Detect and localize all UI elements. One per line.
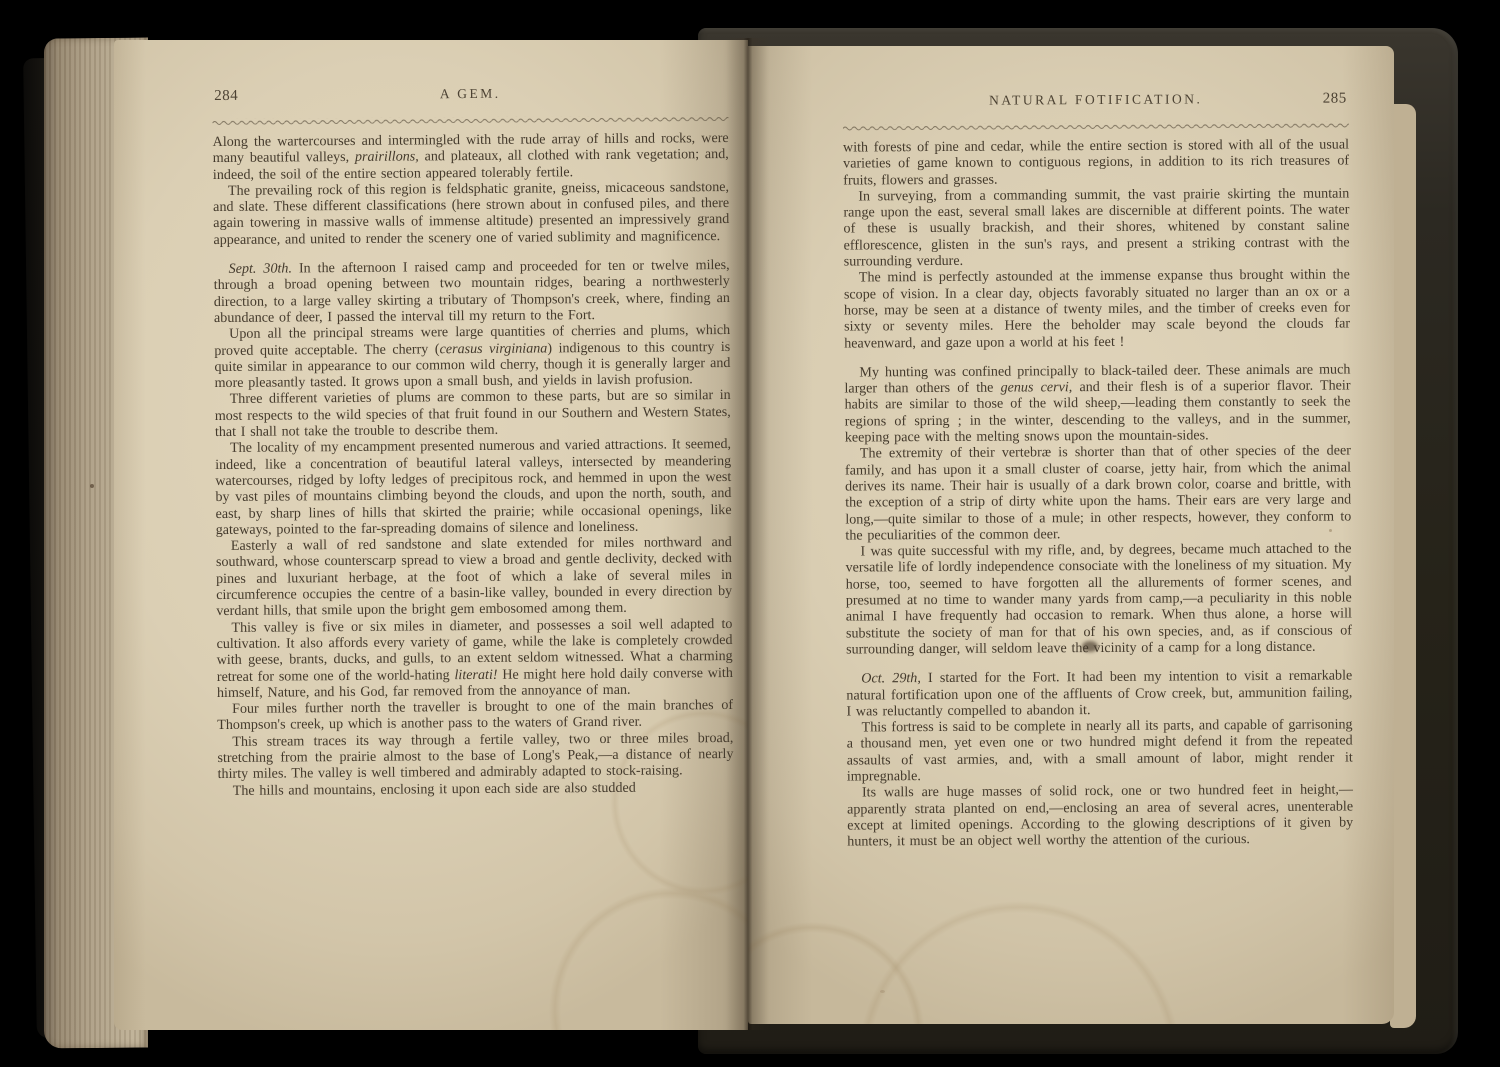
running-head: A GEM.: [212, 84, 728, 104]
page-text: Along the wartercourses and intermingled…: [213, 130, 734, 799]
right-page-header: NATURAL FOTIFICATION. 285: [843, 90, 1349, 115]
foxing-spot: [90, 484, 94, 488]
paragraph: The extremity of their vertebræ is short…: [845, 443, 1352, 544]
page-number: 285: [1323, 90, 1347, 107]
running-head: NATURAL FOTIFICATION.: [843, 90, 1349, 109]
paragraph: Its walls are huge masses of solid rock,…: [847, 782, 1353, 850]
paragraph: In surveying, from a commanding summit, …: [843, 185, 1349, 270]
paragraph: Four miles further north the traveller i…: [217, 697, 733, 734]
wavy-rule: [843, 121, 1349, 130]
paragraph: I was quite successful with my rifle, an…: [845, 541, 1352, 658]
left-page-header: 284 A GEM.: [212, 84, 728, 110]
left-page-content: 284 A GEM. Along the wartercourses and i…: [212, 84, 734, 799]
paragraph: Three different varieties of plums are c…: [215, 387, 731, 440]
paragraph: Easterly a wall of red sandstone and sla…: [216, 534, 733, 620]
paragraph: The mind is perfectly astounded at the i…: [844, 267, 1350, 352]
paragraph: The prevailing rock of this region is fe…: [213, 179, 729, 248]
paragraph: with forests of pine and cedar, while th…: [843, 136, 1349, 188]
foxing-spot: [880, 990, 885, 993]
paragraph: This stream traces its way through a fer…: [217, 730, 733, 783]
paragraph: Oct. 29th, I started for the Fort. It ha…: [846, 668, 1352, 720]
paragraph: The locality of my encampment presented …: [215, 436, 732, 538]
right-page-content: NATURAL FOTIFICATION. 285 with forests o…: [843, 90, 1354, 850]
paragraph: Along the wartercourses and intermingled…: [213, 130, 729, 183]
page-text: with forests of pine and cedar, while th…: [843, 136, 1353, 850]
wavy-rule: [212, 115, 728, 125]
paragraph: This valley is five or six miles in diam…: [216, 616, 733, 702]
paragraph: My hunting was confined principally to b…: [844, 361, 1350, 446]
paragraph: This fortress is said to be complete in …: [847, 717, 1353, 785]
paragraph: Sept. 30th. In the afternoon I raised ca…: [214, 257, 730, 326]
gutter-shadow: [726, 38, 770, 1030]
book-photograph: 284 A GEM. Along the wartercourses and i…: [0, 0, 1500, 1067]
paragraph: Upon all the principal streams were larg…: [214, 322, 730, 391]
